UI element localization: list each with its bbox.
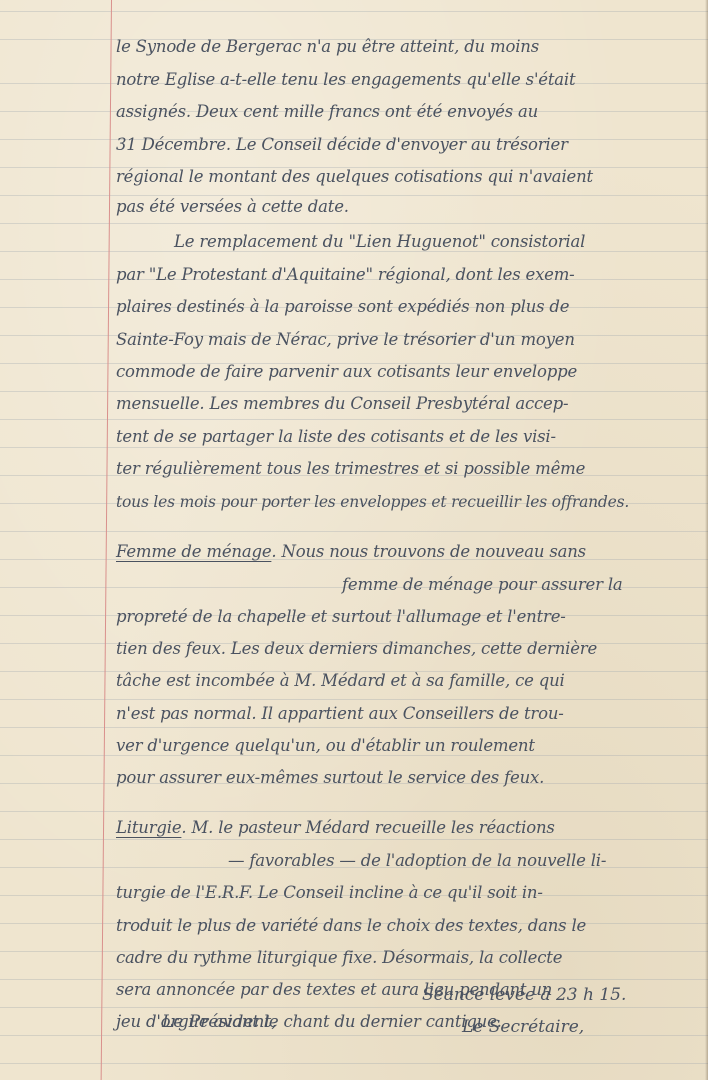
text-line: tent de se partager la liste des cotisan… [116, 423, 556, 451]
text-line: cadre du rythme liturgique fixe. Désorma… [116, 944, 562, 972]
text-line: le Synode de Bergerac n'a pu être attein… [116, 33, 539, 61]
section-heading-liturgie: Liturgie [116, 818, 181, 837]
text-line: 31 Décembre. Le Conseil décide d'envoyer… [116, 131, 568, 159]
text-line: . M. le pasteur Médard recueille les réa… [181, 818, 554, 837]
text-line: . Nous nous trouvons de nouveau sans [271, 542, 586, 561]
text-line: pas été versées à cette date. [116, 193, 349, 221]
session-closed-note: Séance levée à 23 h 15. [422, 985, 626, 1005]
text-line: — favorables — de l'adoption de la nouve… [228, 847, 606, 875]
text-line: tous les mois pour porter les enveloppes… [116, 488, 629, 516]
text-line: femme de ménage pour assurer la [342, 571, 623, 599]
text-line: régional le montant des quelques cotisat… [116, 163, 593, 191]
text-line: turgie de l'E.R.F. Le Conseil incline à … [116, 879, 543, 907]
text-line: pour assurer eux-mêmes surtout le servic… [116, 764, 544, 792]
text-line: commode de faire parvenir aux cotisants … [116, 358, 577, 386]
text-line: notre Eglise a-t-elle tenu les engagemen… [116, 66, 575, 94]
text-line: Le remplacement du "Lien Huguenot" consi… [174, 228, 585, 256]
text-line: n'est pas normal. Il appartient aux Cons… [116, 700, 564, 728]
text-line: assignés. Deux cent mille francs ont été… [116, 98, 538, 126]
section-liturgie-first-line: Liturgie. M. le pasteur Médard recueille… [116, 814, 555, 842]
section-femme-de-menage-first-line: Femme de ménage. Nous nous trouvons de n… [116, 538, 586, 566]
text-line: mensuelle. Les membres du Conseil Presby… [116, 390, 568, 418]
text-line: propreté de la chapelle et surtout l'all… [116, 603, 566, 631]
text-line: plaires destinés à la paroisse sont expé… [116, 293, 569, 321]
red-margin-line [101, 0, 112, 1080]
section-heading-femme-de-menage: Femme de ménage [116, 542, 271, 561]
document-page: le Synode de Bergerac n'a pu être attein… [0, 0, 708, 1080]
text-line: ter régulièrement tous les trimestres et… [116, 455, 585, 483]
text-line: tâche est incombée à M. Médard et à sa f… [116, 667, 565, 695]
text-line: tien des feux. Les deux derniers dimanch… [116, 635, 597, 663]
text-line: Sainte-Foy mais de Nérac, prive le tréso… [116, 326, 575, 354]
text-line: par "Le Protestant d'Aquitaine" régional… [116, 261, 575, 289]
text-line: troduit le plus de variété dans le choix… [116, 912, 586, 940]
signature-president: Le Président, [162, 1012, 277, 1032]
text-line: ver d'urgence quelqu'un, ou d'établir un… [116, 732, 535, 760]
signature-secretary: Le Secrétaire, [462, 1017, 584, 1037]
